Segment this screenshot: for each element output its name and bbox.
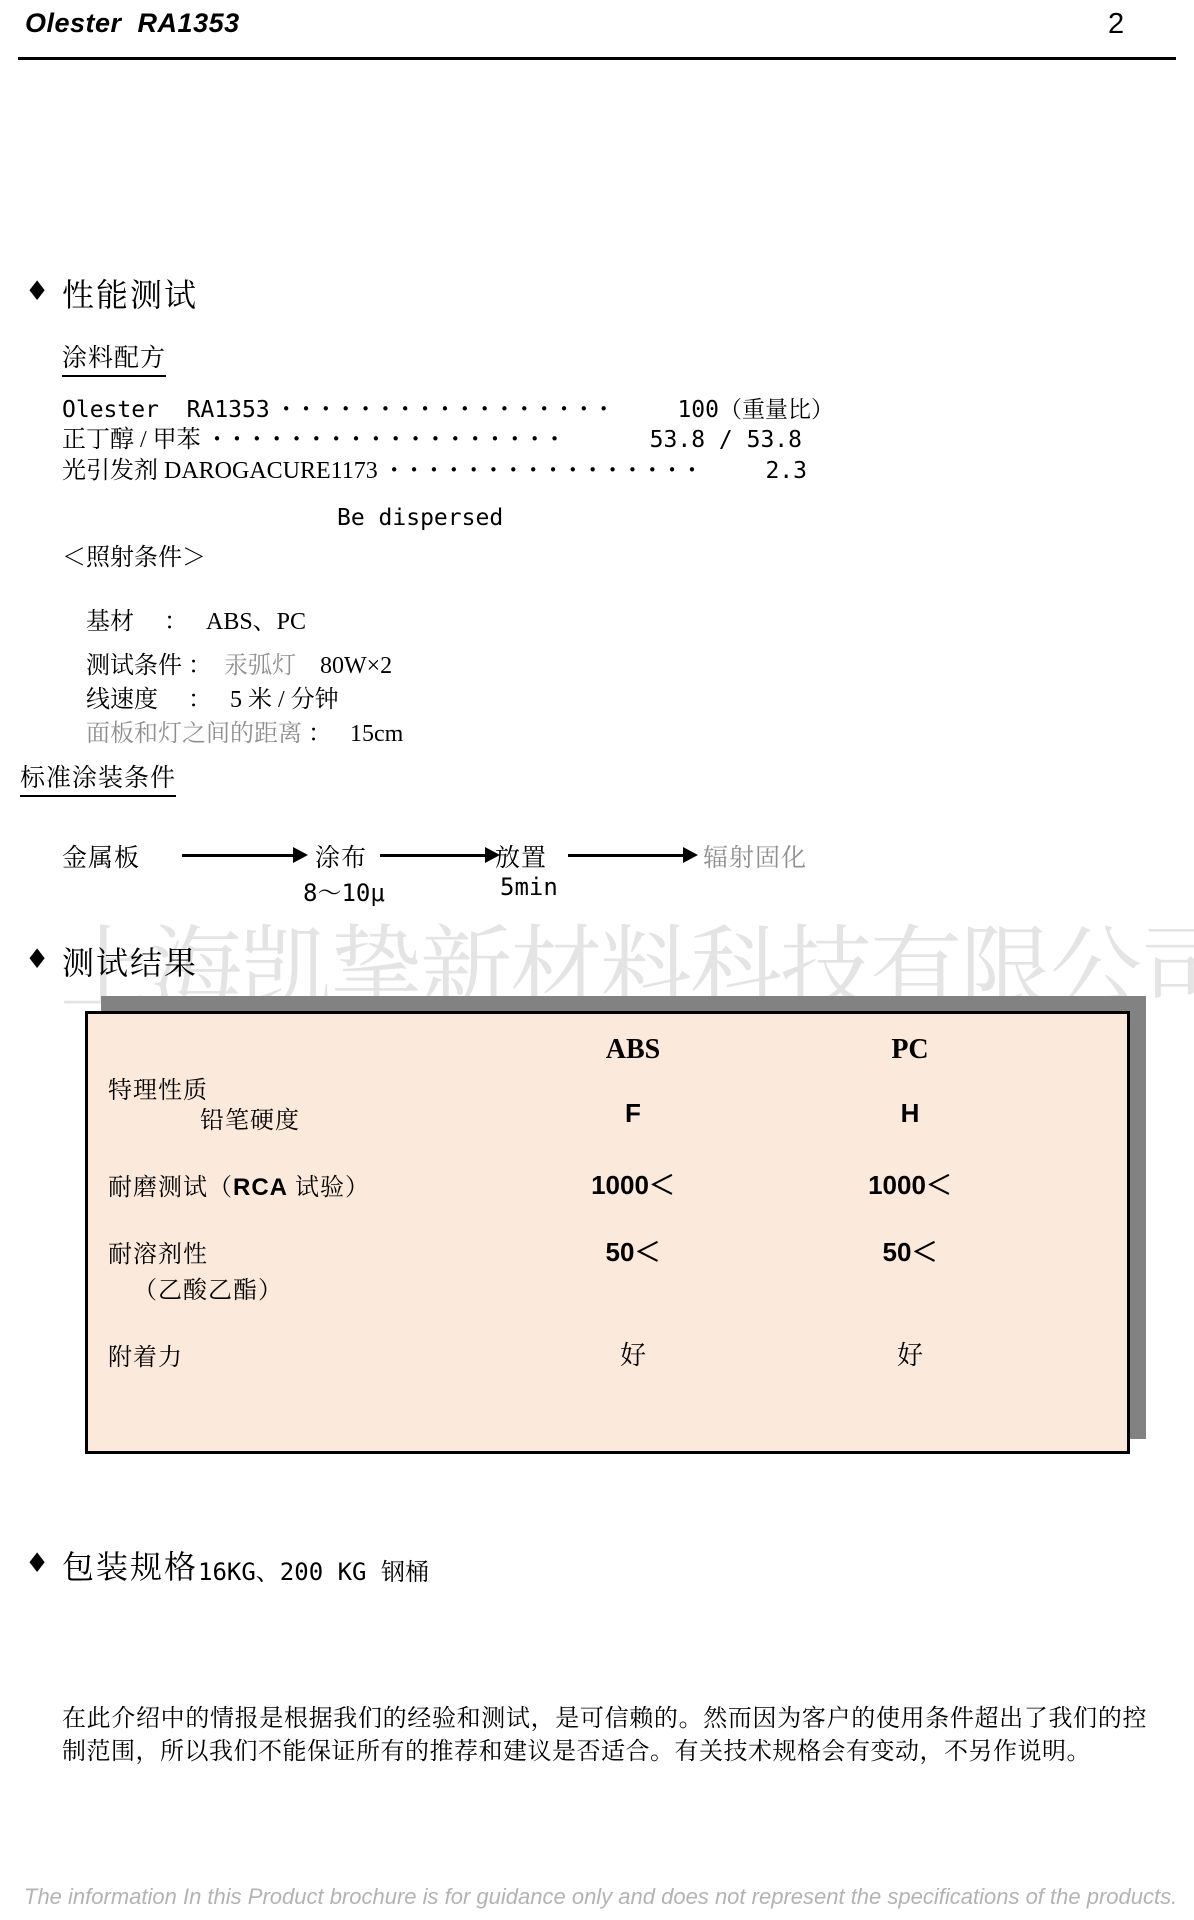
row-label-adhesion: 附着力: [108, 1337, 183, 1372]
dot-leader: •••••••••••••••••: [270, 394, 678, 425]
irradiation-heading: ＜照射条件＞: [62, 537, 206, 572]
cell-pencil-hardness-abs: F: [533, 1098, 733, 1129]
page-title: Olester RA1353: [25, 8, 240, 39]
cell-pencil-hardness-pc: H: [810, 1098, 1010, 1129]
condition-text-gray: 面板和灯之间的距离: [86, 721, 302, 747]
flow-sub-rest-time: 5min: [500, 873, 558, 901]
flow-arrow-icon: [380, 854, 486, 857]
formula-amount: 2.3: [765, 456, 807, 487]
formula-row: Olester RA1353 ••••••••••••••••• 100 （重量…: [62, 394, 834, 428]
cell-abrasion-abs: 1000＜: [533, 1165, 733, 1202]
formula-amount: 53.8 / 53.8: [650, 425, 802, 456]
section-title-packaging: 包装规格: [62, 1542, 198, 1588]
cell-adhesion-pc: 好: [810, 1335, 1010, 1372]
results-table: ABS PC 特理性质 铅笔硬度 F H 耐磨测试（RCA 试验） 1000＜ …: [85, 1011, 1130, 1454]
flow-arrow-icon: [182, 854, 294, 857]
footer-note: The information In this Product brochure…: [24, 1884, 1184, 1910]
header-divider: [18, 57, 1176, 60]
dot-leader: ••••••••••••••••: [378, 455, 766, 486]
formula-amount-unit: （重量比）: [719, 394, 834, 425]
cell-adhesion-abs: 好: [533, 1335, 733, 1372]
coating-heading: 标准涂装条件: [20, 765, 176, 797]
cell-solvent-pc: 50＜: [810, 1232, 1010, 1269]
formula-ingredient: 光引发剂 DAROGACURE1173: [62, 456, 378, 487]
formula-heading: 涂料配方: [62, 345, 166, 377]
column-header-pc: PC: [810, 1034, 1010, 1066]
row-label-solvent-resistance: 耐溶剂性: [108, 1234, 208, 1269]
coating-heading-wrap: 标准涂装条件: [20, 758, 176, 794]
flow-step-rest: 放置: [495, 838, 547, 874]
label-segment-bold: RCA: [233, 1174, 288, 1201]
flow-sub-coat-thickness: 8～10μ: [303, 873, 385, 908]
formula-note: Be dispersed: [337, 505, 503, 531]
group-label-physical-properties: 特理性质: [108, 1070, 208, 1105]
section-title-performance: 性能测试: [62, 270, 198, 316]
diamond-bullet-icon: ♦: [25, 944, 49, 975]
page-number: 2: [1108, 8, 1124, 41]
label-segment: 试验）: [288, 1175, 370, 1201]
formula-amount: 100: [677, 395, 719, 426]
flow-step-radiation-cure: 辐射固化: [703, 838, 807, 874]
disclaimer-paragraph: 在此介绍中的情报是根据我们的经验和测试，是可信赖的。然而因为客户的使用条件超出了…: [62, 1703, 1147, 1769]
flow-step-coat: 涂布: [315, 838, 367, 874]
section-title-results: 测试结果: [62, 938, 198, 984]
condition-text: ： 15cm: [302, 721, 403, 747]
cell-abrasion-pc: 1000＜: [810, 1165, 1010, 1202]
row-label-pencil-hardness: 铅笔硬度: [200, 1100, 300, 1135]
diamond-bullet-icon: ♦: [25, 1548, 49, 1579]
column-header-abs: ABS: [533, 1034, 733, 1066]
datasheet-page: Olester RA1353 2 ♦ 性能测试 涂料配方 Olester RA1…: [0, 0, 1194, 1920]
diamond-bullet-icon: ♦: [25, 276, 49, 307]
formula-heading-wrap: 涂料配方: [62, 338, 166, 374]
cell-solvent-abs: 50＜: [533, 1232, 733, 1269]
row-label-abrasion-test: 耐磨测试（RCA 试验）: [108, 1167, 370, 1202]
packaging-detail: 16KG、200 KG 钢桶: [198, 1552, 429, 1587]
formula-ingredient: Olester RA1353: [62, 395, 270, 426]
formula-ingredient: 正丁醇 / 甲苯: [62, 425, 201, 456]
formula-row: 光引发剂 DAROGACURE1173 •••••••••••••••• 2.3: [62, 456, 807, 489]
dot-leader: ••••••••••••••••••: [201, 424, 650, 455]
formula-row: 正丁醇 / 甲苯 •••••••••••••••••• 53.8 / 53.8: [62, 425, 802, 458]
label-segment: 耐磨测试（: [108, 1175, 233, 1201]
flow-arrow-icon: [568, 854, 684, 857]
row-label-solvent-name: （乙酸乙酯）: [133, 1270, 283, 1305]
flow-step-metal-plate: 金属板: [62, 838, 140, 874]
